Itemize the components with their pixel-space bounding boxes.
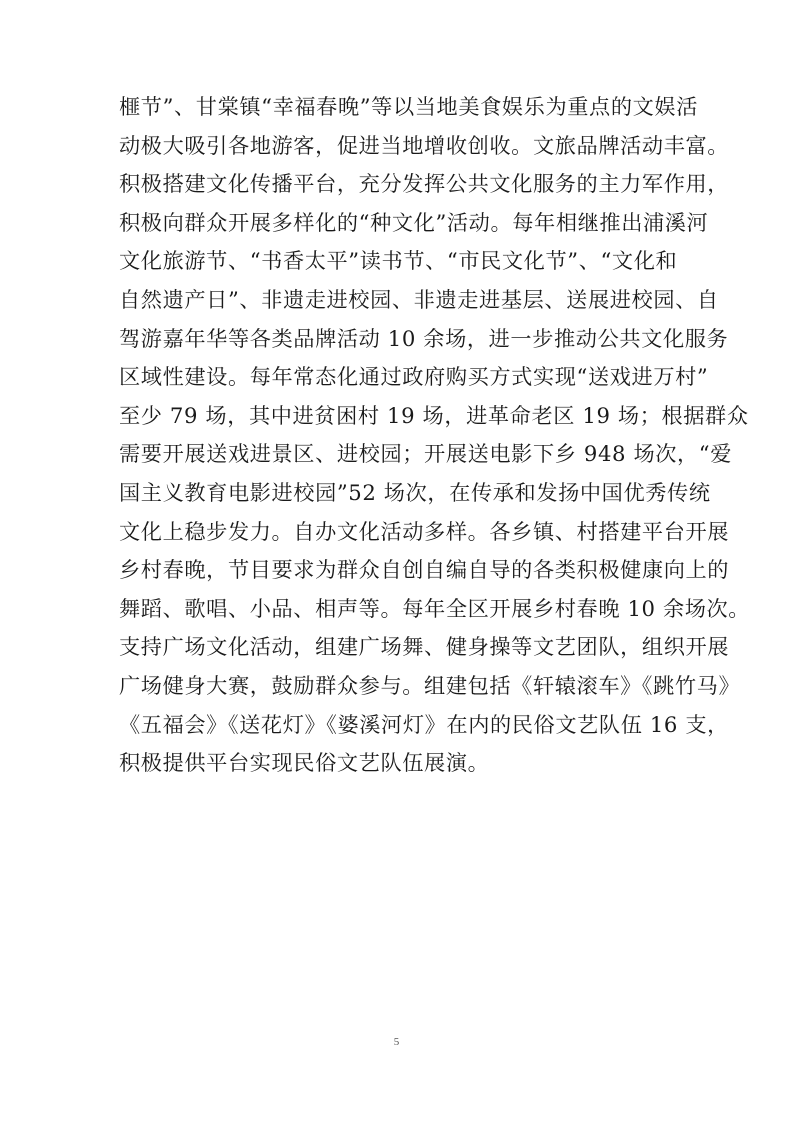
body-paragraph: 榧节”、甘棠镇“幸福春晚”等以当地美食娱乐为重点的文娱活 动极大吸引各地游客，促… bbox=[119, 88, 679, 783]
text-line: 广场健身大赛，鼓励群众参与。组建包括《轩辕滚车》《跳竹马》 bbox=[119, 667, 679, 706]
text-line: 驾游嘉年华等各类品牌活动 10 余场，进一步推动公共文化服务 bbox=[119, 320, 679, 359]
text-line: 榧节”、甘棠镇“幸福春晚”等以当地美食娱乐为重点的文娱活 bbox=[119, 88, 679, 127]
text-line: 至少 79 场，其中进贫困村 19 场，进革命老区 19 场；根据群众 bbox=[119, 397, 679, 436]
page-number: 5 bbox=[0, 1036, 793, 1048]
text-line: 区域性建设。每年常态化通过政府购买方式实现“送戏进万村” bbox=[119, 358, 679, 397]
text-line: 支持广场文化活动，组建广场舞、健身操等文艺团队，组织开展 bbox=[119, 628, 679, 667]
text-line: 乡村春晚，节目要求为群众自创自编自导的各类积极健康向上的 bbox=[119, 551, 679, 590]
text-line: 《五福会》《送花灯》《婆溪河灯》在内的民俗文艺队伍 16 支， bbox=[119, 706, 679, 745]
text-line: 积极搭建文化传播平台，充分发挥公共文化服务的主力军作用， bbox=[119, 165, 679, 204]
text-line: 国主义教育电影进校园”52 场次，在传承和发扬中国优秀传统 bbox=[119, 474, 679, 513]
text-line: 积极提供平台实现民俗文艺队伍展演。 bbox=[119, 744, 679, 783]
text-line: 文化旅游节、“书香太平”读书节、“市民文化节”、“文化和 bbox=[119, 242, 679, 281]
text-line: 动极大吸引各地游客，促进当地增收创收。文旅品牌活动丰富。 bbox=[119, 127, 679, 166]
text-line: 文化上稳步发力。自办文化活动多样。各乡镇、村搭建平台开展 bbox=[119, 513, 679, 552]
text-line: 舞蹈、歌唱、小品、相声等。每年全区开展乡村春晚 10 余场次。 bbox=[119, 590, 679, 629]
text-line: 积极向群众开展多样化的“种文化”活动。每年相继推出浦溪河 bbox=[119, 204, 679, 243]
text-line: 自然遗产日”、非遗走进校园、非遗走进基层、送展进校园、自 bbox=[119, 281, 679, 320]
text-line: 需要开展送戏进景区、进校园；开展送电影下乡 948 场次，“爱 bbox=[119, 435, 679, 474]
document-page: 榧节”、甘棠镇“幸福春晚”等以当地美食娱乐为重点的文娱活 动极大吸引各地游客，促… bbox=[0, 0, 793, 1122]
